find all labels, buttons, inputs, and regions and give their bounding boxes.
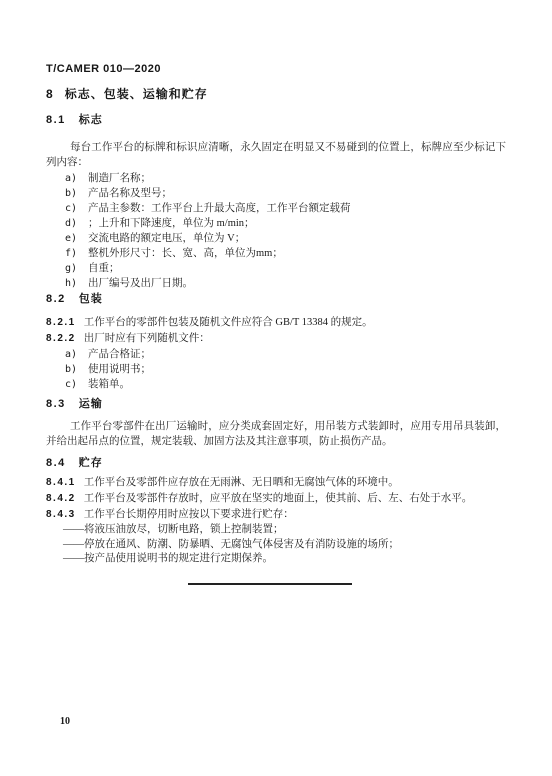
document-page: T/CAMER 010—2020 8标志、包装、运输和贮存 8.1标志 每台工作… [0,0,552,776]
list-item-text: 自重； [88,263,120,274]
clause-text: 工作平台的零部件包装及随机文件应符合 GB/T 13384 的规定。 [84,317,373,328]
list-item-text: 产品名称及型号； [88,188,172,199]
running-header-doc-code: T/CAMER 010—2020 [46,63,506,75]
clause-8-4-1: 8.4.1工作平台及零部件应存放在无雨淋、无日晒和无腐蚀气体的环境中。 [46,475,506,491]
storage-requirements-list: ——将液压油放尽，切断电路，锁上控制装置； ——停放在通风、防潮、防暴晒、无腐蚀… [46,523,506,567]
list-item: c)装箱单。 [46,377,506,392]
clause-8-4-2: 8.4.2工作平台及零部件存放时，应平放在坚实的地面上，使其前、后、左、右处于水… [46,491,506,507]
clause-number: 8.2.2 [46,333,76,344]
section-8-3-title: 运输 [79,398,103,410]
shipping-documents-list: a)产品合格证； b)使用说明书； c)装箱单。 [46,347,506,392]
list-item-label: e) [65,231,88,246]
section-8-3-heading: 8.3运输 [46,398,506,411]
list-item-text: 整机外形尺寸：长、宽、高，单位为mm； [88,248,283,259]
list-item-label: g) [65,261,88,276]
end-of-document-rule [188,583,352,585]
clause-text: 工作平台及零部件存放时，应平放在坚实的地面上，使其前、后、左、右处于水平。 [84,493,473,504]
list-item: e)交流电路的额定电压，单位为 V； [46,231,506,246]
clause-number: 8.4.1 [46,477,76,488]
section-8-3-number: 8.3 [46,398,66,411]
list-item-text: 交流电路的额定电压，单位为 V； [88,233,245,244]
section-8-1-intro-paragraph: 每台工作平台的标牌和标识应清晰，永久固定在明显又不易碰到的位置上，标牌应至少标记… [46,140,506,170]
list-item: a)制造厂名称； [46,171,506,186]
list-item-text: ；上升和下降速度，单位为 m/min； [88,218,255,229]
nameplate-items-list: a)制造厂名称； b)产品名称及型号； c)产品主参数：工作平台上升最大高度，工… [46,171,506,291]
list-item-label: d) [65,216,88,231]
section-8-2-number: 8.2 [46,293,66,306]
section-8-2-heading: 8.2包装 [46,293,506,306]
list-item-label: b) [65,186,88,201]
list-item: f)整机外形尺寸：长、宽、高，单位为mm； [46,246,506,261]
section-8-4-title: 贮存 [79,457,103,469]
dash-item: ——按产品使用说明书的规定进行定期保养。 [63,552,506,567]
list-item-label: a) [65,171,88,186]
section-8-1-heading: 8.1标志 [46,114,506,127]
clause-number: 8.4.3 [46,509,76,520]
section-8-4-clauses: 8.4.1工作平台及零部件应存放在无雨淋、无日晒和无腐蚀气体的环境中。 8.4.… [46,475,506,523]
list-item-text: 使用说明书； [88,364,151,375]
list-item: a)产品合格证； [46,347,506,362]
section-8-2-clauses: 8.2.1工作平台的零部件包装及随机文件应符合 GB/T 13384 的规定。 … [46,315,506,347]
clause-8-2-2: 8.2.2出厂时应有下列随机文件： [46,331,506,347]
clause-8-2-1: 8.2.1工作平台的零部件包装及随机文件应符合 GB/T 13384 的规定。 [46,315,506,331]
list-item-label: h) [65,276,88,291]
list-item: g)自重； [46,261,506,276]
chapter-8-heading: 8标志、包装、运输和贮存 [46,88,506,101]
section-8-4-heading: 8.4贮存 [46,457,506,470]
list-item-text: 装箱单。 [88,379,130,390]
list-item-text: 出厂编号及出厂日期。 [88,278,193,289]
page-number: 10 [60,716,70,727]
list-item-label: f) [65,246,88,261]
section-8-1-title: 标志 [79,114,103,126]
chapter-number: 8 [46,88,53,101]
list-item-text: 制造厂名称； [88,173,151,184]
list-item: d)；上升和下降速度，单位为 m/min； [46,216,506,231]
list-item: c)产品主参数：工作平台上升最大高度，工作平台额定载荷 [46,201,506,216]
dash-item: ——停放在通风、防潮、防暴晒、无腐蚀气体侵害及有消防设施的场所； [63,538,506,553]
list-item: b)产品名称及型号； [46,186,506,201]
clause-text: 工作平台及零部件应存放在无雨淋、无日晒和无腐蚀气体的环境中。 [84,477,399,488]
list-item-text: 产品主参数：工作平台上升最大高度，工作平台额定载荷 [88,203,351,214]
clause-text: 工作平台长期停用时应按以下要求进行贮存： [84,509,294,520]
section-8-1-number: 8.1 [46,114,66,127]
section-8-2-title: 包装 [79,293,103,305]
list-item-label: c) [65,201,88,216]
section-8-4-number: 8.4 [46,457,66,470]
list-item: h)出厂编号及出厂日期。 [46,276,506,291]
chapter-title: 标志、包装、运输和贮存 [65,87,208,101]
list-item-text: 产品合格证； [88,349,151,360]
section-8-3-paragraph: 工作平台零部件在出厂运输时，应分类成套固定好，用吊装方式装卸时，应用专用吊具装卸… [46,419,506,449]
clause-number: 8.2.1 [46,317,76,328]
clause-number: 8.4.2 [46,493,76,504]
list-item-label: a) [65,347,88,362]
list-item-label: c) [65,377,88,392]
clause-8-4-3: 8.4.3工作平台长期停用时应按以下要求进行贮存： [46,507,506,523]
clause-text: 出厂时应有下列随机文件： [84,333,210,344]
list-item-label: b) [65,362,88,377]
list-item: b)使用说明书； [46,362,506,377]
dash-item: ——将液压油放尽，切断电路，锁上控制装置； [63,523,506,538]
